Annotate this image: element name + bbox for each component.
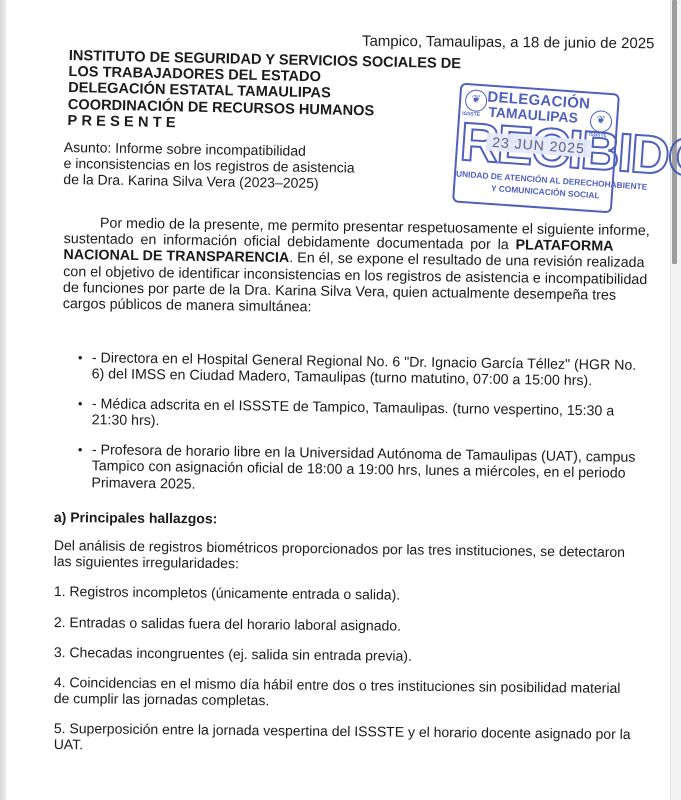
document-page: Tampico, Tamaulipas, a 18 de junio de 20… xyxy=(0,0,671,800)
plataforma-bold: PLATAFORMA xyxy=(515,238,613,256)
received-stamp: ❦ ISSSTE DELEGACIÓN TAMAULIPAS ❦ ISSSTE … xyxy=(452,83,620,214)
section-heading: a) Principales hallazgos: xyxy=(54,509,218,526)
scrollbar-track[interactable] xyxy=(670,0,681,800)
bullet-icon: • xyxy=(78,350,83,366)
findings-intro: Del análisis de registros biométricos pr… xyxy=(54,537,626,576)
recipient-block: INSTITUTO DE SEGURIDAD Y SERVICIOS SOCIA… xyxy=(67,48,461,137)
finding-item: 5. Superposición entre la jornada vesper… xyxy=(54,720,631,758)
finding-item: 1. Registros incompletos (únicamente ent… xyxy=(54,583,400,603)
subject-block: Asunto: Informe sobre incompatibilidad e… xyxy=(63,139,355,192)
finding-item: 2. Entradas o salidas fuera del horario … xyxy=(54,614,401,634)
bullet-icon: • xyxy=(78,396,83,412)
intro-paragraph: Por medio de la presente, me permito pre… xyxy=(63,215,614,320)
place-date: Tampico, Tamaulipas, a 18 de junio de 20… xyxy=(362,33,655,53)
finding-item: 4. Coincidencias en el mismo día hábil e… xyxy=(54,674,621,712)
finding-item: 3. Checadas incongruentes (ej. salida si… xyxy=(54,644,412,664)
bullet-icon: • xyxy=(78,442,83,458)
subject-line: de la Dra. Karina Silva Vera (2023–2025) xyxy=(63,171,354,192)
